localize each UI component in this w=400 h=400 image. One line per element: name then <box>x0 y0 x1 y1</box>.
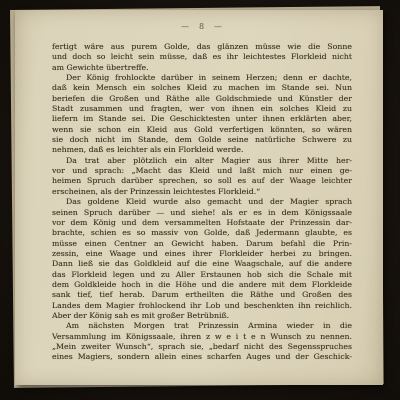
book-page: —8— fertigt wäre aus purem Golde, das gl… <box>15 10 383 385</box>
text-line: zessin, eine Waage und eines ihrer Flork… <box>52 249 352 259</box>
text-line: „Mein zweiter Wunsch“, sprach sie, „beda… <box>52 342 352 352</box>
text-line: Dann ließ sie das Goldkleid auf die eine… <box>52 259 352 269</box>
text-line: sank tief, tief herab. Darum ertheilten … <box>52 290 352 300</box>
text-line: müsse einen Centner an Gewicht haben. Da… <box>52 239 352 249</box>
text-line: vor dem König und dem versammelten Hofst… <box>52 218 352 228</box>
page-number: 8 <box>199 22 205 31</box>
scan-background: —8— fertigt wäre aus purem Golde, das gl… <box>0 0 400 400</box>
text-line: Der König frohlockte darüber in seinem H… <box>52 73 352 83</box>
text-line: heimen Spruch darüber sprechen, so soll … <box>52 176 352 186</box>
text-line: fertigt wäre aus purem Golde, das glänze… <box>52 42 352 52</box>
text-line: wenn sie schon ein Kleid aus Gold verfer… <box>52 125 352 135</box>
text-line: Am nächsten Morgen trat Prinzessin Armin… <box>52 321 352 331</box>
text-line: dem Goldkleide hoch in die Höhe und die … <box>52 280 352 290</box>
text-line: eines Magiers, sondern allein eines scha… <box>52 352 352 362</box>
text-line: erscheinen, als der Prinzessin leichtest… <box>52 187 352 197</box>
text-line: Das goldene Kleid wurde also gemacht und… <box>52 197 352 207</box>
header-dash-left: — <box>181 22 190 31</box>
text-line: Versammlung im Königssaale, ihren z w e … <box>52 332 352 342</box>
text-line: seinen Spruch darüber — und siehe! als e… <box>52 208 352 218</box>
running-head: —8— <box>52 22 352 33</box>
text-line: vor und sprach: „Macht das Kleid und laß… <box>52 166 352 176</box>
text-line: nehmen, daß es leichter als ein Florklei… <box>52 145 352 155</box>
text-line: und doch so leicht sein müsse, daß es ih… <box>52 52 352 62</box>
text-line: Aber der König sah es mit großer Betrübn… <box>52 311 352 321</box>
text-line: sie doch nicht im Stande, dem Golde sein… <box>52 135 352 145</box>
text-line: Stadt zusammen und fragten, wer von ihne… <box>52 104 352 114</box>
text-line: Landes dem Magier frohlockend ihr Lob un… <box>52 301 352 311</box>
text-line: brachte, schien es so massiv von Golde, … <box>52 228 352 238</box>
text-line: am Gewichte übertreffe. <box>52 63 352 73</box>
text-line: Da trat aber plötzlich ein alter Magier … <box>52 156 352 166</box>
text-line: beriefen die Großen und Räthe alle Golds… <box>52 94 352 104</box>
text-line: liefern im Stande sei. Die Geschickteste… <box>52 114 352 124</box>
body-text: fertigt wäre aus purem Golde, das glänze… <box>52 42 352 363</box>
text-line: das Florkleid legen und zu Aller Erstaun… <box>52 270 352 280</box>
header-dash-right: — <box>214 22 223 31</box>
text-line: daß kein Mensch ein solches Kleid zu mac… <box>52 83 352 93</box>
